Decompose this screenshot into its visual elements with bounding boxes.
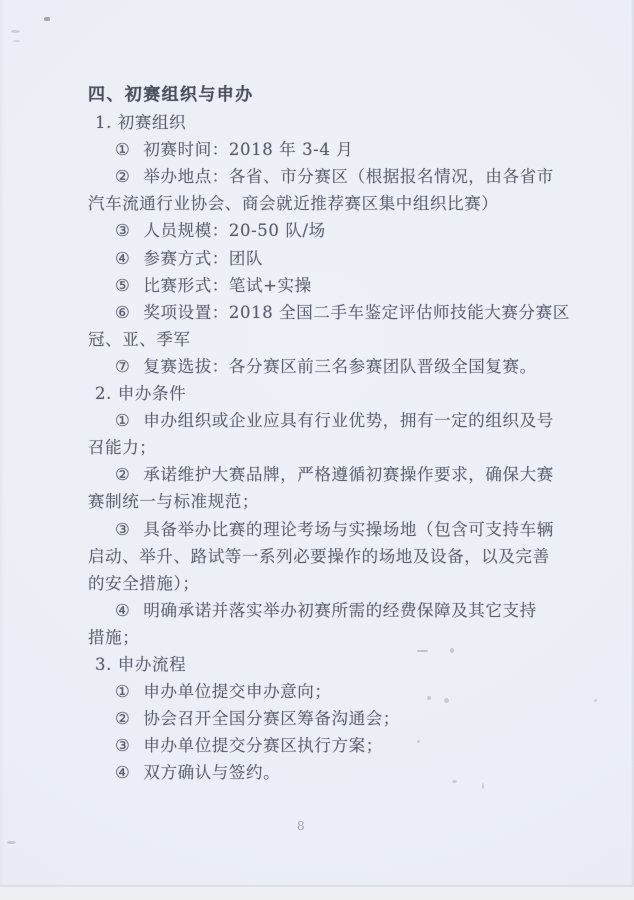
text-line: 3. 申办流程: [0, 651, 634, 678]
text-line: ④双方确认与签约。: [0, 759, 634, 786]
scan-artifact: [482, 783, 484, 789]
line-text: 汽车流通行业协会、商会就近推荐赛区集中组织比赛）: [88, 194, 498, 213]
circled-number-icon: ④: [115, 245, 130, 272]
text-line: ③具备举办比赛的理论考场与实操场地（包含可支持车辆: [0, 516, 634, 543]
text-line: 1. 初赛组织: [0, 109, 634, 136]
line-text: 冠、亚、季军: [88, 330, 191, 349]
line-text: 申办单位提交申办意向；: [143, 682, 331, 701]
circled-number-icon: ④: [115, 759, 130, 786]
line-text: 参赛方式：团队: [143, 249, 263, 268]
text-line: 汽车流通行业协会、商会就近推荐赛区集中组织比赛）: [0, 190, 634, 217]
line-text: 复赛选拔：各分赛区前三名参赛团队晋级全国复赛。: [143, 357, 536, 376]
line-text: 人员规模：20-50 队/场: [143, 221, 325, 240]
line-text: 3. 申办流程: [95, 655, 186, 674]
text-line: ①初赛时间：2018 年 3-4 月: [0, 136, 634, 163]
line-text: 申办组织或企业应具有行业优势，拥有一定的组织及号: [143, 411, 553, 430]
scan-artifact: [11, 30, 20, 33]
circled-number-icon: ④: [115, 597, 130, 624]
text-line: 冠、亚、季军: [0, 326, 634, 353]
text-line: ④参赛方式：团队: [0, 245, 634, 272]
circled-number-icon: ③: [115, 217, 130, 244]
circled-number-icon: ①: [115, 136, 130, 163]
circled-number-icon: ②: [115, 163, 130, 190]
line-text: 具备举办比赛的理论考场与实操场地（包含可支持车辆: [143, 520, 553, 539]
scan-artifact: [427, 696, 431, 700]
scan-artifact: [7, 841, 16, 844]
text-line: ④明确承诺并落实举办初赛所需的经费保障及其它支持: [0, 597, 634, 624]
scan-artifact: [13, 40, 20, 42]
line-text: 赛制统一与标准规范；: [88, 492, 259, 511]
text-line: ②承诺维护大赛品牌，严格遵循初赛操作要求，确保大赛: [0, 461, 634, 488]
line-text: 双方确认与签约。: [143, 763, 280, 782]
line-text: 的安全措施）；: [88, 574, 199, 593]
text-line: 召能力；: [0, 434, 634, 461]
scan-artifact: [417, 650, 428, 652]
circled-number-icon: ①: [115, 678, 130, 705]
scanned-document-page: 四、初赛组织与申办1. 初赛组织①初赛时间：2018 年 3-4 月②举办地点：…: [0, 0, 634, 900]
line-text: 四、初赛组织与申办: [88, 85, 254, 105]
page-number: 8: [297, 819, 305, 833]
line-text: 协会召开全国分赛区筹备沟通会；: [143, 709, 400, 728]
line-text: 举办地点：各省、市分赛区（根据报名情况，由各省市: [143, 167, 553, 186]
text-line: ②举办地点：各省、市分赛区（根据报名情况，由各省市: [0, 163, 634, 190]
line-text: 明确承诺并落实举办初赛所需的经费保障及其它支持: [143, 601, 536, 620]
text-line: ⑥奖项设置：2018 全国二手车鉴定评估师技能大赛分赛区: [0, 299, 634, 326]
scan-edge-bottom: [0, 885, 634, 900]
scan-artifact: [452, 780, 457, 783]
circled-number-icon: ②: [115, 705, 130, 732]
text-line: ①申办单位提交申办意向；: [0, 678, 634, 705]
line-text: 初赛时间：2018 年 3-4 月: [143, 140, 353, 159]
document-lines: 四、初赛组织与申办1. 初赛组织①初赛时间：2018 年 3-4 月②举办地点：…: [0, 82, 634, 786]
line-text: 奖项设置：2018 全国二手车鉴定评估师技能大赛分赛区: [143, 303, 569, 322]
circled-number-icon: ⑦: [115, 353, 130, 380]
circled-number-icon: ①: [115, 407, 130, 434]
circled-number-icon: ③: [115, 732, 130, 759]
text-line: ⑤比赛形式：笔试+实操: [0, 272, 634, 299]
line-text: 召能力；: [88, 438, 156, 457]
text-line: ③申办单位提交分赛区执行方案；: [0, 732, 634, 759]
scan-artifact: [444, 698, 449, 703]
text-line: ①申办组织或企业应具有行业优势，拥有一定的组织及号: [0, 407, 634, 434]
text-line: 的安全措施）；: [0, 570, 634, 597]
scan-artifact: [417, 740, 420, 743]
line-text: 启动、举升、路试等一系列必要操作的场地及设备，以及完善: [88, 547, 550, 566]
scan-artifact: [44, 17, 50, 21]
text-line: ②协会召开全国分赛区筹备沟通会；: [0, 705, 634, 732]
text-line: 2. 申办条件: [0, 380, 634, 407]
scan-edge-left: [0, 0, 4, 900]
line-text: 承诺维护大赛品牌，严格遵循初赛操作要求，确保大赛: [143, 465, 553, 484]
line-text: 1. 初赛组织: [95, 113, 186, 132]
text-line: 措施；: [0, 624, 634, 651]
line-text: 2. 申办条件: [95, 384, 186, 403]
circled-number-icon: ⑥: [115, 299, 130, 326]
line-text: 申办单位提交分赛区执行方案；: [143, 736, 382, 755]
text-line: 四、初赛组织与申办: [0, 82, 634, 109]
text-line: ⑦复赛选拔：各分赛区前三名参赛团队晋级全国复赛。: [0, 353, 634, 380]
circled-number-icon: ⑤: [115, 272, 130, 299]
text-line: ③人员规模：20-50 队/场: [0, 217, 634, 244]
circled-number-icon: ②: [115, 461, 130, 488]
line-text: 措施；: [88, 628, 139, 647]
text-line: 启动、举升、路试等一系列必要操作的场地及设备，以及完善: [0, 543, 634, 570]
text-line: 赛制统一与标准规范；: [0, 488, 634, 515]
scan-artifact: [594, 699, 597, 702]
scan-artifact: [450, 648, 454, 653]
line-text: 比赛形式：笔试+实操: [143, 276, 311, 295]
circled-number-icon: ③: [115, 516, 130, 543]
